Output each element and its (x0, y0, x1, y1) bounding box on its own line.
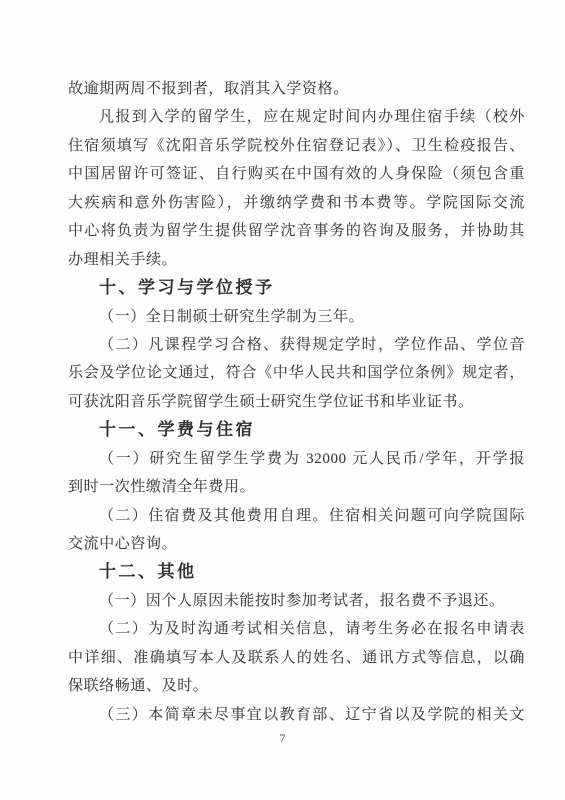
document-line: （三）本简章未尽事宜以教育部、辽宁省以及学院的相关文 (68, 701, 525, 729)
document-line: （一）研究生留学生学费为 32000 元人民币/学年，开学报 (68, 445, 525, 473)
document-body: 故逾期两周不报到者，取消其入学资格。凡报到入学的留学生，应在规定时间内办理住宿手… (68, 75, 525, 729)
document-line: 中心将负责为留学生提供留学沈音事务的咨询及服务，并协助其 (68, 217, 525, 245)
document-line: 交流中心咨询。 (68, 530, 525, 558)
page-number: 7 (0, 731, 565, 746)
document-line: 乐会及学位论文通过，符合《中华人民共和国学位条例》规定者， (68, 359, 525, 387)
document-line: 凡报到入学的留学生，应在规定时间内办理住宿手续（校外 (68, 103, 525, 131)
document-line: （二）凡课程学习合格、获得规定学时，学位作品、学位音 (68, 331, 525, 359)
document-line: （一）因个人原因未能按时参加考试者，报名费不予退还。 (68, 587, 525, 615)
document-line: （一）全日制硕士研究生学制为三年。 (68, 303, 525, 331)
section-heading: 十一、学费与住宿 (68, 416, 525, 444)
document-line: 大疾病和意外伤害险），并缴纳学费和书本费等。学院国际交流 (68, 189, 525, 217)
document-line: 办理相关手续。 (68, 246, 525, 274)
document-page: 故逾期两周不报到者，取消其入学资格。凡报到入学的留学生，应在规定时间内办理住宿手… (0, 0, 565, 800)
document-line: （二）住宿费及其他费用自理。住宿相关问题可向学院国际 (68, 502, 525, 530)
document-line: 故逾期两周不报到者，取消其入学资格。 (68, 75, 525, 103)
section-heading: 十二、其他 (68, 558, 525, 586)
document-line: 保联络畅通、及时。 (68, 672, 525, 700)
document-line: 到时一次性缴清全年费用。 (68, 473, 525, 501)
section-heading: 十、学习与学位授予 (68, 274, 525, 302)
document-line: （二）为及时沟通考试相关信息，请考生务必在报名申请表 (68, 615, 525, 643)
document-line: 住宿须填写《沈阳音乐学院校外住宿登记表》）、卫生检疫报告、 (68, 132, 525, 160)
document-line: 中详细、准确填写本人及联系人的姓名、通讯方式等信息，以确 (68, 644, 525, 672)
document-line: 中国居留许可签证、自行购买在中国有效的人身保险（须包含重 (68, 160, 525, 188)
document-line: 可获沈阳音乐学院留学生硕士研究生学位证书和毕业证书。 (68, 388, 525, 416)
